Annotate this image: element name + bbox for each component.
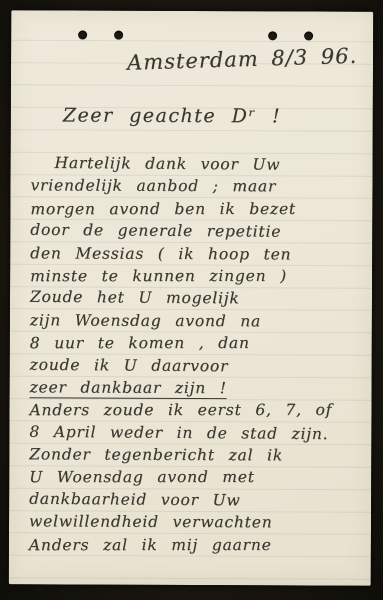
punch-hole (78, 30, 87, 39)
punch-hole (304, 31, 313, 40)
punch-hole (268, 31, 277, 40)
handwriting-line: zijn Woensdag avond na (30, 309, 360, 333)
handwriting-line: morgen avond ben ik bezet (30, 198, 360, 221)
handwriting-line-underlined: zeer dankbaar zijn ! (30, 376, 360, 400)
handwriting-line: Anders zoude ik eerst 6, 7, of (29, 399, 359, 422)
handwriting-line: U Woensdag avond met (29, 466, 359, 489)
handwriting-line: Zonder tegenbericht zal ik (29, 443, 359, 467)
handwriting-line: door de generale repetitie (30, 219, 360, 244)
handwriting-line: vriendelijk aanbod ; maar (30, 175, 360, 199)
handwriting-line: 8 uur te komen , dan (30, 332, 360, 355)
letter-paper: Amsterdam 8/3 96. Zeer geachte Dʳ ! Hart… (9, 10, 374, 586)
salutation: Zeer geachte Dʳ ! (63, 104, 281, 127)
punch-hole (114, 30, 123, 39)
dateline: Amsterdam 8/3 96. (127, 44, 358, 75)
handwriting-line: zoude ik U daarvoor (30, 353, 360, 378)
handwriting-line: Anders zal ik mij gaarne (29, 534, 359, 557)
handwriting-line: Hartelijk dank voor Uw (31, 152, 361, 177)
handwriting-line: 8 April weder in de stad zijn. (29, 420, 359, 445)
handwriting-line: dankbaarheid voor Uw (29, 488, 359, 513)
letter-body: Hartelijk dank voor Uw vriendelijk aanbo… (29, 152, 361, 556)
handwriting-line: minste te kunnen zingen ) (30, 265, 360, 288)
underlined-phrase: zeer dankbaar zijn ! (30, 378, 227, 399)
handwriting-line: den Messias ( ik hoop ten (30, 242, 360, 266)
handwriting-line: Zoude het U mogelijk (30, 286, 360, 311)
handwriting-line: welwillendheid verwachten (29, 511, 359, 535)
